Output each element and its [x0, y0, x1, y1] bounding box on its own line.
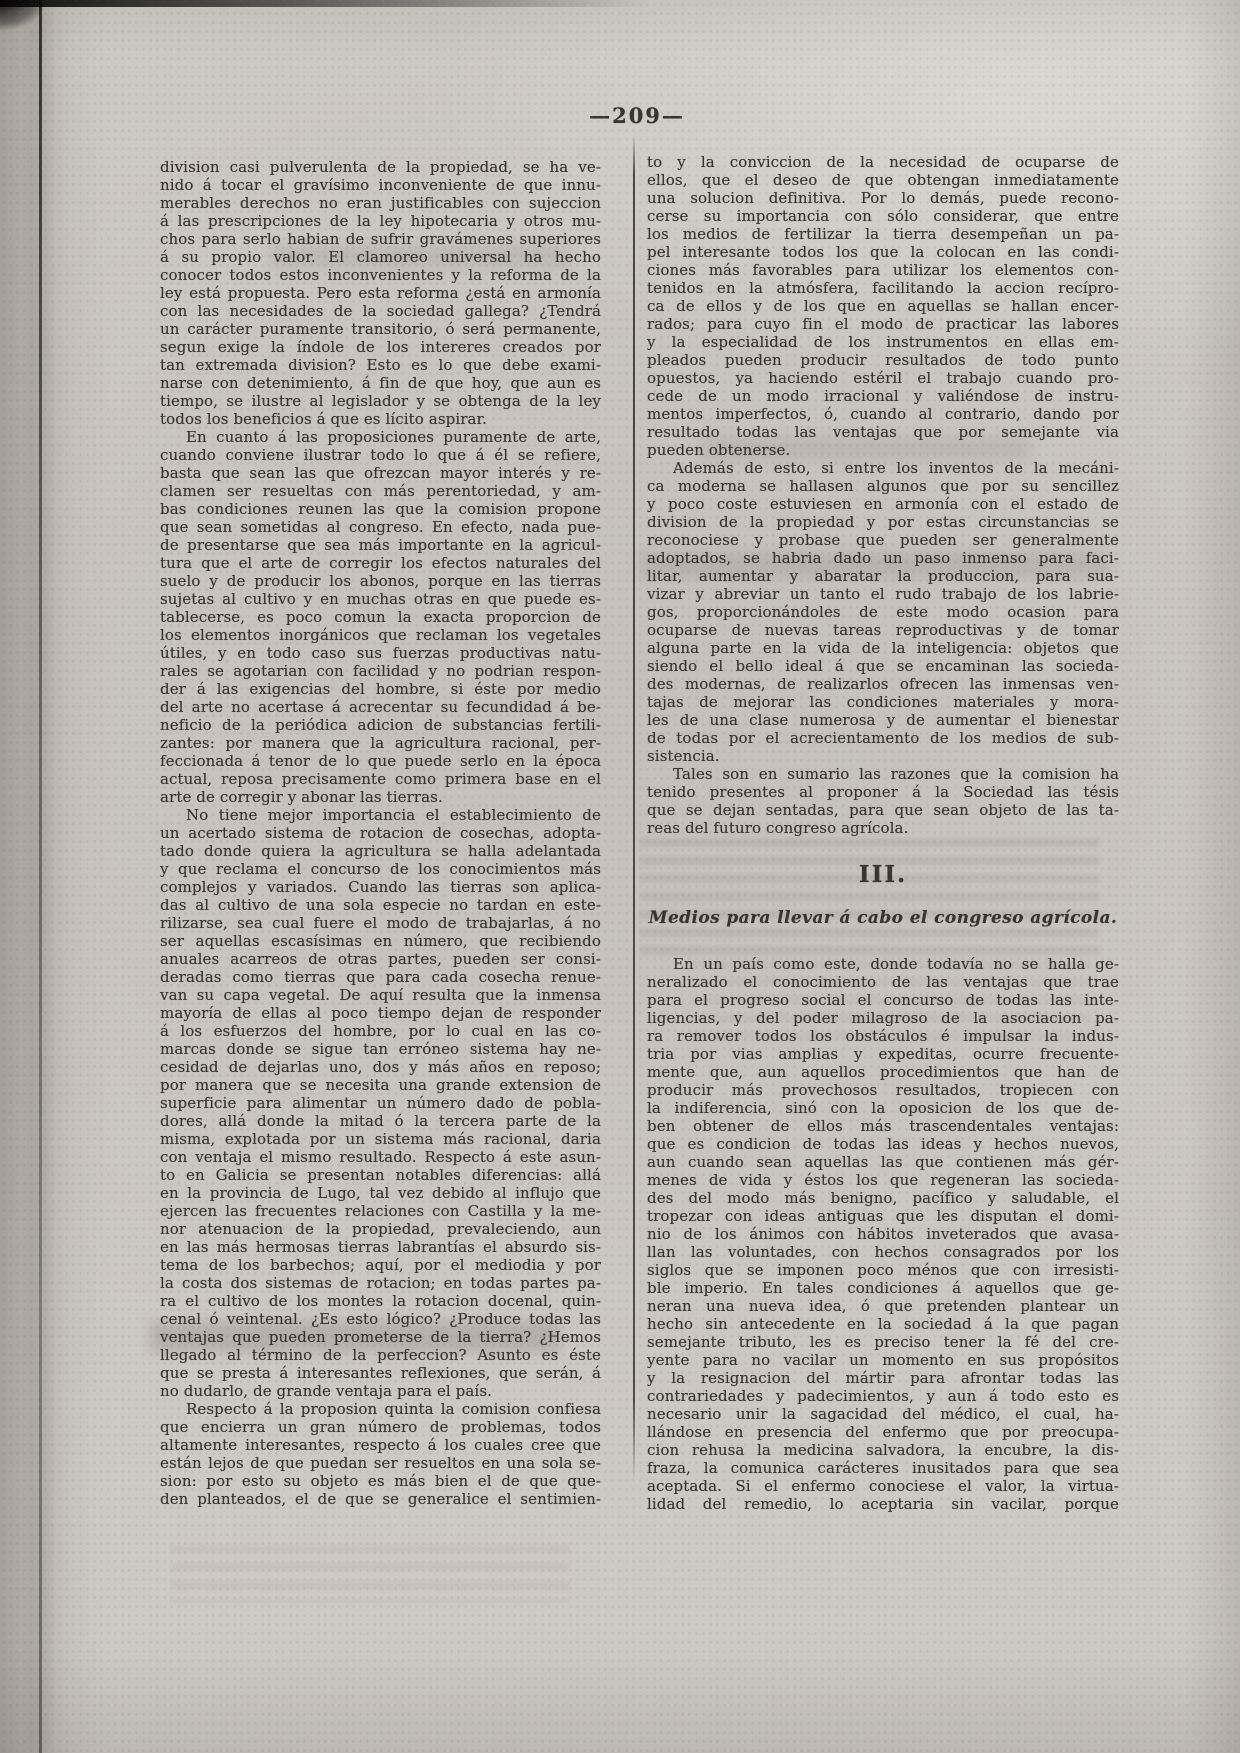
text-line: segun exige la índole de los intereres c…	[160, 338, 601, 356]
text-line: siglos que se imponen poco ménos que con…	[647, 1261, 1119, 1279]
text-line: ca de ellos y de los que en aquellas se …	[647, 297, 1119, 315]
text-line: de presentarse que sea más importante en…	[160, 536, 601, 554]
text-line: tenido presentes al proponer á la Socied…	[647, 783, 1119, 801]
text-line: tan extremada division? Esto es lo que d…	[160, 356, 601, 374]
text-line: anuales acarreos de otras partes, pueden…	[160, 950, 601, 968]
text-line: altamente interesantes, respecto á los c…	[160, 1436, 601, 1454]
text-line: tiempo, se ilustre al legislador y se ob…	[160, 392, 601, 410]
text-line: y la resignacion del mártir para afronta…	[647, 1369, 1119, 1387]
text-line: ser aquellas escasísimas en número, que …	[160, 932, 601, 950]
text-line: y poco coste estuviesen en armonía con e…	[647, 495, 1119, 513]
text-line: narse con detenimiento, á fin de que hoy…	[160, 374, 601, 392]
text-line: llegado al término de la perfeccion? Asu…	[160, 1346, 601, 1364]
right-text-column: to y la conviccion de la necesidad de oc…	[647, 153, 1119, 1513]
text-line: ocuparse de nuevas tareas reproductivas …	[647, 621, 1119, 639]
page-top-edge-shadow	[0, 0, 650, 7]
section-number-heading: III.	[647, 861, 1119, 889]
text-line: sion: por esto su objeto es más bien el …	[160, 1472, 601, 1490]
text-line: neralizado el conocimiento de las ventaj…	[647, 973, 1119, 991]
text-line: gos, proporcionándoles de este modo ocas…	[647, 603, 1119, 621]
text-line: complejos y variados. Cuando las tierras…	[160, 878, 601, 896]
text-line: zantes: por manera que la agricultura ra…	[160, 734, 601, 752]
text-line: mayoría de ellas al poco tiempo dejan de…	[160, 1004, 601, 1022]
text-line: tria por vias amplias y expeditas, ocurr…	[647, 1045, 1119, 1063]
text-line: que sean sometidas al congreso. En efect…	[160, 518, 601, 536]
text-line: á su propio valor. El clamoreo universal…	[160, 248, 601, 266]
text-line: misma, explotada por un sistema más raci…	[160, 1130, 601, 1148]
text-line: to en Galicia se presentan notables dife…	[160, 1166, 601, 1184]
text-line: Respecto á la proposion quinta la comisi…	[160, 1400, 601, 1418]
text-line: producir más provechosos resultados, tro…	[647, 1081, 1119, 1099]
text-line: llándose en presencia del enfermo que po…	[647, 1423, 1119, 1441]
text-line: necesario unir la sagacidad del médico, …	[647, 1405, 1119, 1423]
text-line: feccionada á tenor de lo que puede serlo…	[160, 752, 601, 770]
text-line: conocer todos estos inconvenientes y la …	[160, 266, 601, 284]
text-line: cesidad de dejarlas uno, dos y más años …	[160, 1058, 601, 1076]
text-line: á los esfuerzos del hombre, por lo cual …	[160, 1022, 601, 1040]
text-line: ellos, que el deseo de que obtengan inme…	[647, 171, 1119, 189]
paragraph: En cuanto á las proposiciones puramente …	[160, 428, 601, 806]
page-fold-line	[39, 0, 42, 1753]
paragraph: Tales son en sumario las razones que la …	[647, 765, 1119, 837]
text-line: ciones más favorables para utilizar los …	[647, 261, 1119, 279]
text-line: cuando conviene ilustrar todo lo que á é…	[160, 446, 601, 464]
text-line: ley está propuesta. Pero esta reforma ¿e…	[160, 284, 601, 302]
text-line: por manera que se necesita una grande ex…	[160, 1076, 601, 1094]
text-line: merables derechos no eran justificables …	[160, 194, 601, 212]
text-line: tropezar con ideas antiguas que les disp…	[647, 1207, 1119, 1225]
bleed-through-text	[170, 1545, 570, 1603]
text-line: semejante tributo, les es preciso tener …	[647, 1333, 1119, 1351]
text-line: menes de vida y éstos los que regeneran …	[647, 1171, 1119, 1189]
paragraph: No tiene mejor importancia el establecim…	[160, 806, 601, 1400]
text-line: una solucion definitiva. Por lo demás, p…	[647, 189, 1119, 207]
text-line: ca moderna se hallasen algunos que por s…	[647, 477, 1119, 495]
text-line: están lejos de que puedan ser resueltos …	[160, 1454, 601, 1472]
text-line: les de una clase numerosa y de aumentar …	[647, 711, 1119, 729]
text-line: un acertado sistema de rotacion de cosec…	[160, 824, 601, 842]
text-line: ligencias, y del poder milagroso de la a…	[647, 1009, 1119, 1027]
paragraph: En un país como este, donde todavía no s…	[647, 955, 1119, 1513]
scanned-book-page: —209— division casi pulverulenta de la p…	[0, 0, 1240, 1753]
text-line: den planteados, el de que se generalice …	[160, 1490, 601, 1508]
text-line: das al cultivo de una sola especie no ta…	[160, 896, 601, 914]
text-line: marcas donde se sigue tan erróneo sistem…	[160, 1040, 601, 1058]
text-line: tajas de mejorar las condiciones materia…	[647, 693, 1119, 711]
text-line: arte de corregir y abonar las tierras.	[160, 788, 601, 806]
text-line: chos para serlo habian de sufrir graváme…	[160, 230, 601, 248]
text-line: pleados pueden producir resultados de to…	[647, 351, 1119, 369]
text-line: tema de los barbechos; aquí, por el medi…	[160, 1256, 601, 1274]
text-line: á las prescripciones de la ley hipotecar…	[160, 212, 601, 230]
text-line: tura que el arte de corregir los efectos…	[160, 554, 601, 572]
text-line: la costa dos sistemas de rotacion; en to…	[160, 1274, 601, 1292]
text-line: tenidos en la atmósfera, facilitando la …	[647, 279, 1119, 297]
text-line: division de la propiedad y por estas cir…	[647, 513, 1119, 531]
text-line: neran una nueva idea, ó que pretenden pl…	[647, 1297, 1119, 1315]
page-number: —209—	[557, 103, 717, 128]
text-line: que encierra un gran número de problemas…	[160, 1418, 601, 1436]
text-line: reas del futuro congreso agrícola.	[647, 819, 1119, 837]
text-line: litar, aumentar y abaratar la produccion…	[647, 567, 1119, 585]
text-line: en las más hermosas tierras labrantías e…	[160, 1238, 601, 1256]
text-line: No tiene mejor importancia el establecim…	[160, 806, 601, 824]
text-line: aceptada. Si el enfermo conociese el val…	[647, 1477, 1119, 1495]
text-line: llan las voluntades, con hechos consagra…	[647, 1243, 1119, 1261]
paragraph: to y la conviccion de la necesidad de oc…	[647, 153, 1119, 459]
text-line: bas condiciones reunen las que la comisi…	[160, 500, 601, 518]
text-line: opuestos, ya haciendo estéril el trabajo…	[647, 369, 1119, 387]
text-line: sujetas al cultivo y en muchas otras en …	[160, 590, 601, 608]
text-line: todos los beneficios á que es lícito asp…	[160, 410, 601, 428]
text-line: del arte no acertase á acrecentar su fec…	[160, 698, 601, 716]
text-line: ra remover todos los obstáculos é impuls…	[647, 1027, 1119, 1045]
text-line: rados; para cuyo fin el modo de practica…	[647, 315, 1119, 333]
text-line: contrariedades y padecimientos, y aun á …	[647, 1387, 1119, 1405]
text-line: superficie para alimentar un número dado…	[160, 1094, 601, 1112]
text-line: suelo y de producir los abonos, porque e…	[160, 572, 601, 590]
text-line: pueden obtenerse.	[647, 441, 1119, 459]
text-line: ra el cultivo de los montes la rotacion …	[160, 1292, 601, 1310]
text-line: siendo el bello ideal á que se encaminan…	[647, 657, 1119, 675]
text-line: rales se agotarian con facilidad y no po…	[160, 662, 601, 680]
text-line: Tales son en sumario las razones que la …	[647, 765, 1119, 783]
text-line: adoptados, se habria dado un paso inmens…	[647, 549, 1119, 567]
text-line: fraza, la comunica carácteres inusitados…	[647, 1459, 1119, 1477]
left-text-column: division casi pulverulenta de la propied…	[160, 158, 601, 1508]
text-line: neficio de la periódica adicion de subst…	[160, 716, 601, 734]
text-line: no dudarlo, de grande ventaja para el pa…	[160, 1382, 601, 1400]
text-line: hecho sin antecedente en la sociedad á l…	[647, 1315, 1119, 1333]
text-line: para el progreso social el concurso de t…	[647, 991, 1119, 1009]
text-line: nido á tocar el gravísimo inconveniente …	[160, 176, 601, 194]
text-line: nor atenuacion de la propiedad, prevalec…	[160, 1220, 601, 1238]
text-line: de todas por el acrecientamento de los m…	[647, 729, 1119, 747]
text-line: tablecerse, es poco comun la exacta prop…	[160, 608, 601, 626]
binding-corner-shadow	[0, 0, 52, 38]
text-line: deradas como tierras que para cada cosec…	[160, 968, 601, 986]
text-line: resultado todas las ventajas que por sem…	[647, 423, 1119, 441]
paragraph: Además de esto, si entre los inventos de…	[647, 459, 1119, 765]
text-line: lidad del remedio, lo aceptaria sin vaci…	[647, 1495, 1119, 1513]
column-divider-rule	[633, 134, 635, 1482]
text-line: En un país como este, donde todavía no s…	[647, 955, 1119, 973]
text-line: van su capa vegetal. De aquí resulta que…	[160, 986, 601, 1004]
text-line: ben obtener de ellos más trascendentales…	[647, 1117, 1119, 1135]
text-line: vizar y abreviar un tanto el rudo trabaj…	[647, 585, 1119, 603]
text-line: los medios de fertilizar la tierra desem…	[647, 225, 1119, 243]
text-line: dores, allá donde la mitad ó la tercera …	[160, 1112, 601, 1130]
text-line: des modernas, de realizarlos ofrecen las…	[647, 675, 1119, 693]
text-line: en la provincia de Lugo, tal vez debido …	[160, 1184, 601, 1202]
text-line: pel interesante todos los que la colocan…	[647, 243, 1119, 261]
text-line: alguna parte en la vida de la inteligenc…	[647, 639, 1119, 657]
text-line: actual, reposa precisamente como primera…	[160, 770, 601, 788]
text-line: la indiferencia, sinó con la oposicion d…	[647, 1099, 1119, 1117]
text-line: y que reclama el concurso de los conocim…	[160, 860, 601, 878]
text-line: des del modo más benigno, pacífico y sal…	[647, 1189, 1119, 1207]
text-line: cion rehusa la medicina salvadora, la en…	[647, 1441, 1119, 1459]
text-line: tado donde quiera la agricultura se hall…	[160, 842, 601, 860]
section-title: Medios para llevar á cabo el congreso ag…	[647, 907, 1119, 929]
text-line: clamen ser resueltas con más perentoried…	[160, 482, 601, 500]
text-line: que es condicion de todas las ideas y he…	[647, 1135, 1119, 1153]
text-line: un carácter puramente transitorio, ó ser…	[160, 320, 601, 338]
paragraph: division casi pulverulenta de la propied…	[160, 158, 601, 428]
text-line: mente que, aun aquellos procedimientos q…	[647, 1063, 1119, 1081]
text-line: aun cuando sean aquellas las que contien…	[647, 1153, 1119, 1171]
text-line: ble imperio. En tales condiciones á aque…	[647, 1279, 1119, 1297]
text-line: cede de un modo irracional y valiéndose …	[647, 387, 1119, 405]
text-line: cenal ó veintenal. ¿Es esto lógico? ¿Pro…	[160, 1310, 601, 1328]
text-line: to y la conviccion de la necesidad de oc…	[647, 153, 1119, 171]
text-line: que se dejan sentadas, para que sean obj…	[647, 801, 1119, 819]
text-line: mentos imperfectos, ó, cuando al contrar…	[647, 405, 1119, 423]
text-line: cerse su importancia con sólo considerar…	[647, 207, 1119, 225]
text-line: En cuanto á las proposiciones puramente …	[160, 428, 601, 446]
text-line: sistencia.	[647, 747, 1119, 765]
text-line: que se presta á interesantes reflexiones…	[160, 1364, 601, 1382]
text-line: ventajas que pueden prometerse de la tie…	[160, 1328, 601, 1346]
text-line: los elementos inorgánicos que reclaman l…	[160, 626, 601, 644]
text-line: division casi pulverulenta de la propied…	[160, 158, 601, 176]
text-line: con ventaja el mismo resultado. Respecto…	[160, 1148, 601, 1166]
text-line: reconociese y probase que pueden ser gen…	[647, 531, 1119, 549]
text-line: ejercen las frecuentes relaciones con Ca…	[160, 1202, 601, 1220]
text-line: basta que sean las que ofrezcan mayor in…	[160, 464, 601, 482]
paragraph: Respecto á la proposion quinta la comisi…	[160, 1400, 601, 1508]
text-line: nio de los ánimos con hábitos inveterado…	[647, 1225, 1119, 1243]
text-line: Además de esto, si entre los inventos de…	[647, 459, 1119, 477]
text-line: yente para no vacilar un momento en sus …	[647, 1351, 1119, 1369]
text-line: der á las exigencias del hombre, si éste…	[160, 680, 601, 698]
text-line: rilizarse, sea cual fuere el modo de tra…	[160, 914, 601, 932]
text-line: y la especialidad de los instrumentos en…	[647, 333, 1119, 351]
text-line: útiles, y en todo caso sus fuerzas produ…	[160, 644, 601, 662]
text-line: con las necesidades de la sociedad galle…	[160, 302, 601, 320]
